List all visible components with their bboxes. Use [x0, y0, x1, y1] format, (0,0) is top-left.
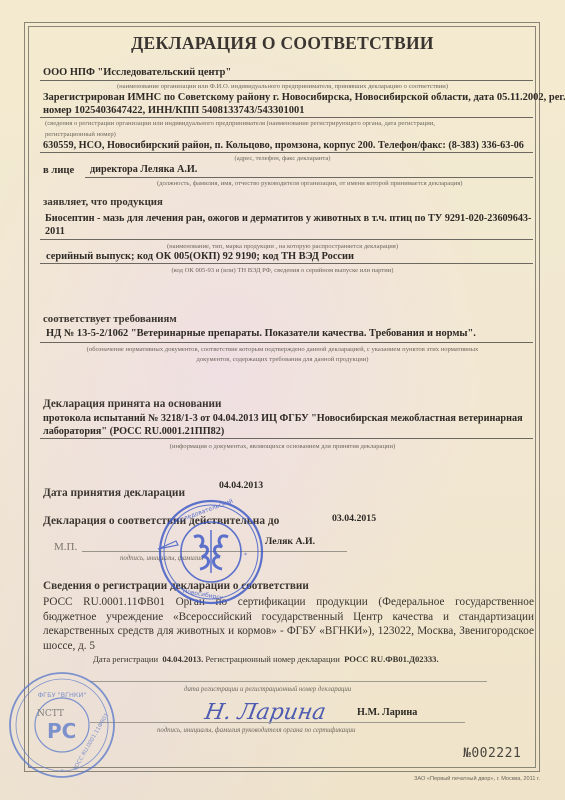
registration-caption-2: регистрационный номер)	[45, 131, 116, 138]
head-name: Н.М. Ларина	[357, 707, 417, 718]
round-company-seal-icon: Исследовательский * Новосибирск	[156, 497, 266, 607]
basis-line-2: лаборатория" (РОСС RU.0001.21ПП82)	[43, 426, 224, 437]
registration-line-1: Зарегистрирован ИМНС по Советскому район…	[43, 92, 565, 103]
in-person-value: директора Леляка А.И.	[90, 164, 197, 175]
registration-info: Дата регистрации 04.04.2013. Регистрацио…	[93, 654, 439, 664]
signer-name: Леляк А.И.	[265, 536, 315, 547]
registration-caption-1: (сведения о регистрации организации или …	[45, 120, 435, 127]
divider	[40, 152, 533, 153]
serial-caption: (код ОК 005-93 и (или) ТН ВЭД РФ, сведен…	[0, 267, 565, 274]
organization-caption: (наименование организации или Ф.И.О. инд…	[0, 83, 565, 90]
declarant-address: 630559, НСО, Новосибирский район, п. Кол…	[43, 140, 524, 151]
serial-info: серийный выпуск; код ОК 005(ОКП) 92 9190…	[46, 251, 354, 262]
divider	[40, 438, 533, 439]
svg-text:ФГБУ "ВГНКИ": ФГБУ "ВГНКИ"	[38, 691, 87, 699]
standard-reference: НД № 13-5-2/1062 "Ветеринарные препараты…	[46, 328, 476, 339]
valid-until-date: 03.04.2015	[332, 513, 376, 524]
head-caption: подпись, инициалы, фамилия руководителя …	[157, 727, 355, 734]
organization-name: ООО НПФ "Исследовательский центр"	[43, 67, 231, 78]
reg-date-label: Дата регистрации	[93, 654, 158, 664]
svg-text:NCTT: NCTT	[37, 709, 64, 719]
product-line-2: 2011	[45, 226, 65, 237]
registration-line-2: номер 1025403647422, ИНН/КПП 5408133743/…	[43, 105, 305, 116]
certification-body: РОСС RU.0001.11ФВ01 Орган по сертификаци…	[43, 595, 534, 653]
divider	[85, 177, 533, 178]
declares-label: заявляет, что продукция	[43, 196, 163, 208]
reg-line	[90, 681, 487, 682]
reg-date: 04.04.2013.	[162, 654, 203, 664]
divider	[40, 80, 533, 81]
complies-label: соответствует требованиям	[43, 313, 177, 325]
in-person-label: в лице	[43, 165, 74, 176]
reg-number-label: Регистрационный номер декларации	[205, 654, 339, 664]
standard-caption-2: документов, содержащих требования для да…	[0, 356, 565, 363]
seal-label: М.П.	[54, 541, 77, 553]
standard-caption-1: (обозначение нормативных документов, соо…	[0, 346, 565, 353]
address-caption: (адрес, телефон, факс декларанта)	[0, 155, 565, 162]
product-caption: (наименование, тип, марка продукции , на…	[0, 243, 565, 250]
in-person-caption: (должность, фамилия, имя, отчество руков…	[157, 180, 463, 187]
head-signature-line	[90, 722, 465, 723]
printer-imprint: ЗАО «Первый печатный двор», г. Москва, 2…	[414, 776, 540, 782]
reg-number: РОСС RU.ФВ01.Д02333.	[344, 654, 439, 664]
document-title: ДЕКЛАРАЦИЯ О СООТВЕТСТВИИ	[0, 33, 565, 54]
divider	[40, 263, 533, 264]
svg-text:Новосибирск: Новосибирск	[182, 588, 224, 602]
acceptance-date: 04.04.2013	[219, 480, 263, 491]
product-line-1: Биосептин - мазь для лечения ран, ожогов…	[45, 213, 531, 224]
svg-text:*: *	[244, 552, 247, 559]
basis-line-1: протокола испытаний № 3218/1-3 от 04.04.…	[43, 413, 523, 424]
divider	[40, 117, 533, 118]
basis-caption: (информация о документах, являющихся осн…	[0, 443, 565, 450]
basis-label: Декларация принята на основании	[43, 398, 221, 410]
reg-caption: дата регистрации и регистрационный номер…	[184, 686, 351, 693]
svg-text:*: *	[60, 768, 64, 776]
divider	[40, 239, 533, 240]
form-number: №002221	[463, 746, 521, 761]
divider	[40, 342, 533, 343]
svg-text:PC: PC	[47, 719, 76, 743]
round-certification-seal-icon: ФГБУ "ВГНКИ" NCTT PC РОСС RU.0001.11ФВ01…	[7, 670, 117, 780]
